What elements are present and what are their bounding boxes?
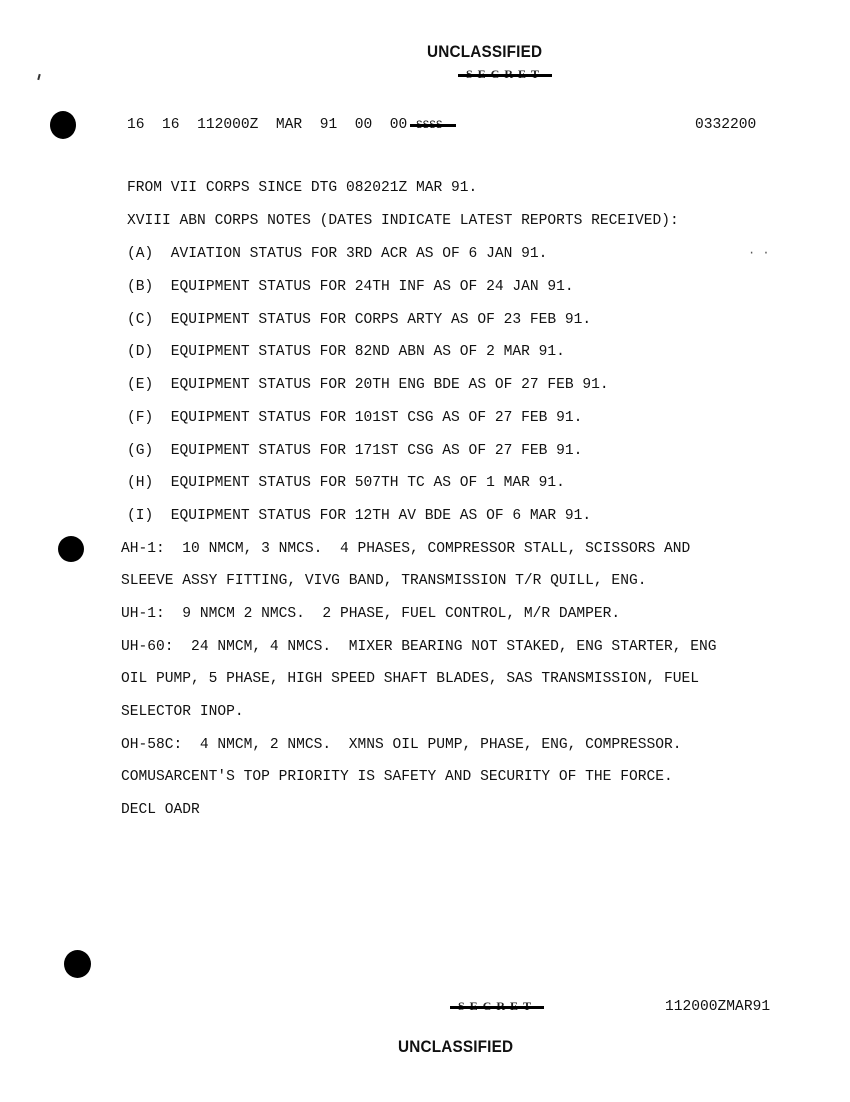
note-label: (E) bbox=[127, 377, 153, 393]
aircraft-line: SELECTOR INOP. bbox=[121, 704, 244, 720]
routing-field: 16 bbox=[127, 117, 145, 133]
note-label: (F) bbox=[127, 410, 153, 426]
note-item: (C) EQUIPMENT STATUS FOR CORPS ARTY AS O… bbox=[127, 312, 591, 328]
struck-secret-marking-top: SECRET bbox=[462, 67, 548, 82]
note-text: EQUIPMENT STATUS FOR 171ST CSG AS OF 27 … bbox=[171, 443, 583, 459]
note-item: (A) AVIATION STATUS FOR 3RD ACR AS OF 6 … bbox=[127, 246, 547, 262]
punch-hole-icon bbox=[58, 536, 84, 562]
routing-dtg: 112000Z bbox=[197, 117, 258, 133]
punch-hole-icon bbox=[50, 111, 76, 139]
aircraft-line: UH-1: 9 NMCM 2 NMCS. 2 PHASE, FUEL CONTR… bbox=[121, 606, 620, 622]
note-label: (D) bbox=[127, 344, 153, 360]
routing-year: 91 bbox=[320, 117, 338, 133]
note-text: AVIATION STATUS FOR 3RD ACR AS OF 6 JAN … bbox=[171, 246, 548, 262]
classification-top: UNCLASSIFIED bbox=[427, 42, 542, 62]
routing-month: MAR bbox=[276, 117, 302, 133]
note-item: (E) EQUIPMENT STATUS FOR 20TH ENG BDE AS… bbox=[127, 377, 609, 393]
scan-artifact-dots: · · bbox=[748, 246, 770, 260]
intro-line: FROM VII CORPS SINCE DTG 082021Z MAR 91. bbox=[127, 180, 477, 196]
note-text: EQUIPMENT STATUS FOR 12TH AV BDE AS OF 6… bbox=[171, 508, 591, 524]
priority-line: COMUSARCENT'S TOP PRIORITY IS SAFETY AND… bbox=[121, 769, 673, 785]
note-label: (H) bbox=[127, 475, 153, 491]
note-text: EQUIPMENT STATUS FOR 101ST CSG AS OF 27 … bbox=[171, 410, 583, 426]
punch-hole-icon bbox=[64, 950, 91, 978]
note-label: (A) bbox=[127, 246, 153, 262]
footer-dtg: 112000ZMAR91 bbox=[665, 999, 770, 1015]
aircraft-line: OH-58C: 4 NMCM, 2 NMCS. XMNS OIL PUMP, P… bbox=[121, 737, 682, 753]
aircraft-line: UH-60: 24 NMCM, 4 NMCS. MIXER BEARING NO… bbox=[121, 639, 717, 655]
note-label: (I) bbox=[127, 508, 153, 524]
routing-field: 00 bbox=[390, 117, 408, 133]
note-item: (G) EQUIPMENT STATUS FOR 171ST CSG AS OF… bbox=[127, 443, 582, 459]
note-item: (B) EQUIPMENT STATUS FOR 24TH INF AS OF … bbox=[127, 279, 574, 295]
notes-heading: XVIII ABN CORPS NOTES (DATES INDICATE LA… bbox=[127, 213, 679, 229]
note-text: EQUIPMENT STATUS FOR 24TH INF AS OF 24 J… bbox=[171, 279, 574, 295]
note-item: (I) EQUIPMENT STATUS FOR 12TH AV BDE AS … bbox=[127, 508, 591, 524]
aircraft-line: AH-1: 10 NMCM, 3 NMCS. 4 PHASES, COMPRES… bbox=[121, 541, 690, 557]
routing-field: 16 bbox=[162, 117, 180, 133]
routing-field: 00 bbox=[355, 117, 373, 133]
note-item: (F) EQUIPMENT STATUS FOR 101ST CSG AS OF… bbox=[127, 410, 582, 426]
note-text: EQUIPMENT STATUS FOR CORPS ARTY AS OF 23… bbox=[171, 312, 591, 328]
declassification-line: DECL OADR bbox=[121, 802, 200, 818]
routing-line: 16 16 112000Z MAR 91 00 00 SSSS bbox=[127, 117, 442, 133]
note-label: (G) bbox=[127, 443, 153, 459]
note-item: (H) EQUIPMENT STATUS FOR 507TH TC AS OF … bbox=[127, 475, 565, 491]
struck-routing-token: SSSS bbox=[416, 120, 442, 132]
note-label: (C) bbox=[127, 312, 153, 328]
note-label: (B) bbox=[127, 279, 153, 295]
note-text: EQUIPMENT STATUS FOR 20TH ENG BDE AS OF … bbox=[171, 377, 609, 393]
note-text: EQUIPMENT STATUS FOR 82ND ABN AS OF 2 MA… bbox=[171, 344, 565, 360]
scan-speck bbox=[37, 74, 40, 80]
message-number: 0332200 bbox=[695, 117, 756, 133]
struck-secret-marking-bottom: SECRET bbox=[454, 999, 540, 1014]
aircraft-line: SLEEVE ASSY FITTING, VIVG BAND, TRANSMIS… bbox=[121, 573, 646, 589]
note-text: EQUIPMENT STATUS FOR 507TH TC AS OF 1 MA… bbox=[171, 475, 565, 491]
note-item: (D) EQUIPMENT STATUS FOR 82ND ABN AS OF … bbox=[127, 344, 565, 360]
classification-bottom: UNCLASSIFIED bbox=[398, 1037, 513, 1057]
aircraft-line: OIL PUMP, 5 PHASE, HIGH SPEED SHAFT BLAD… bbox=[121, 671, 699, 687]
